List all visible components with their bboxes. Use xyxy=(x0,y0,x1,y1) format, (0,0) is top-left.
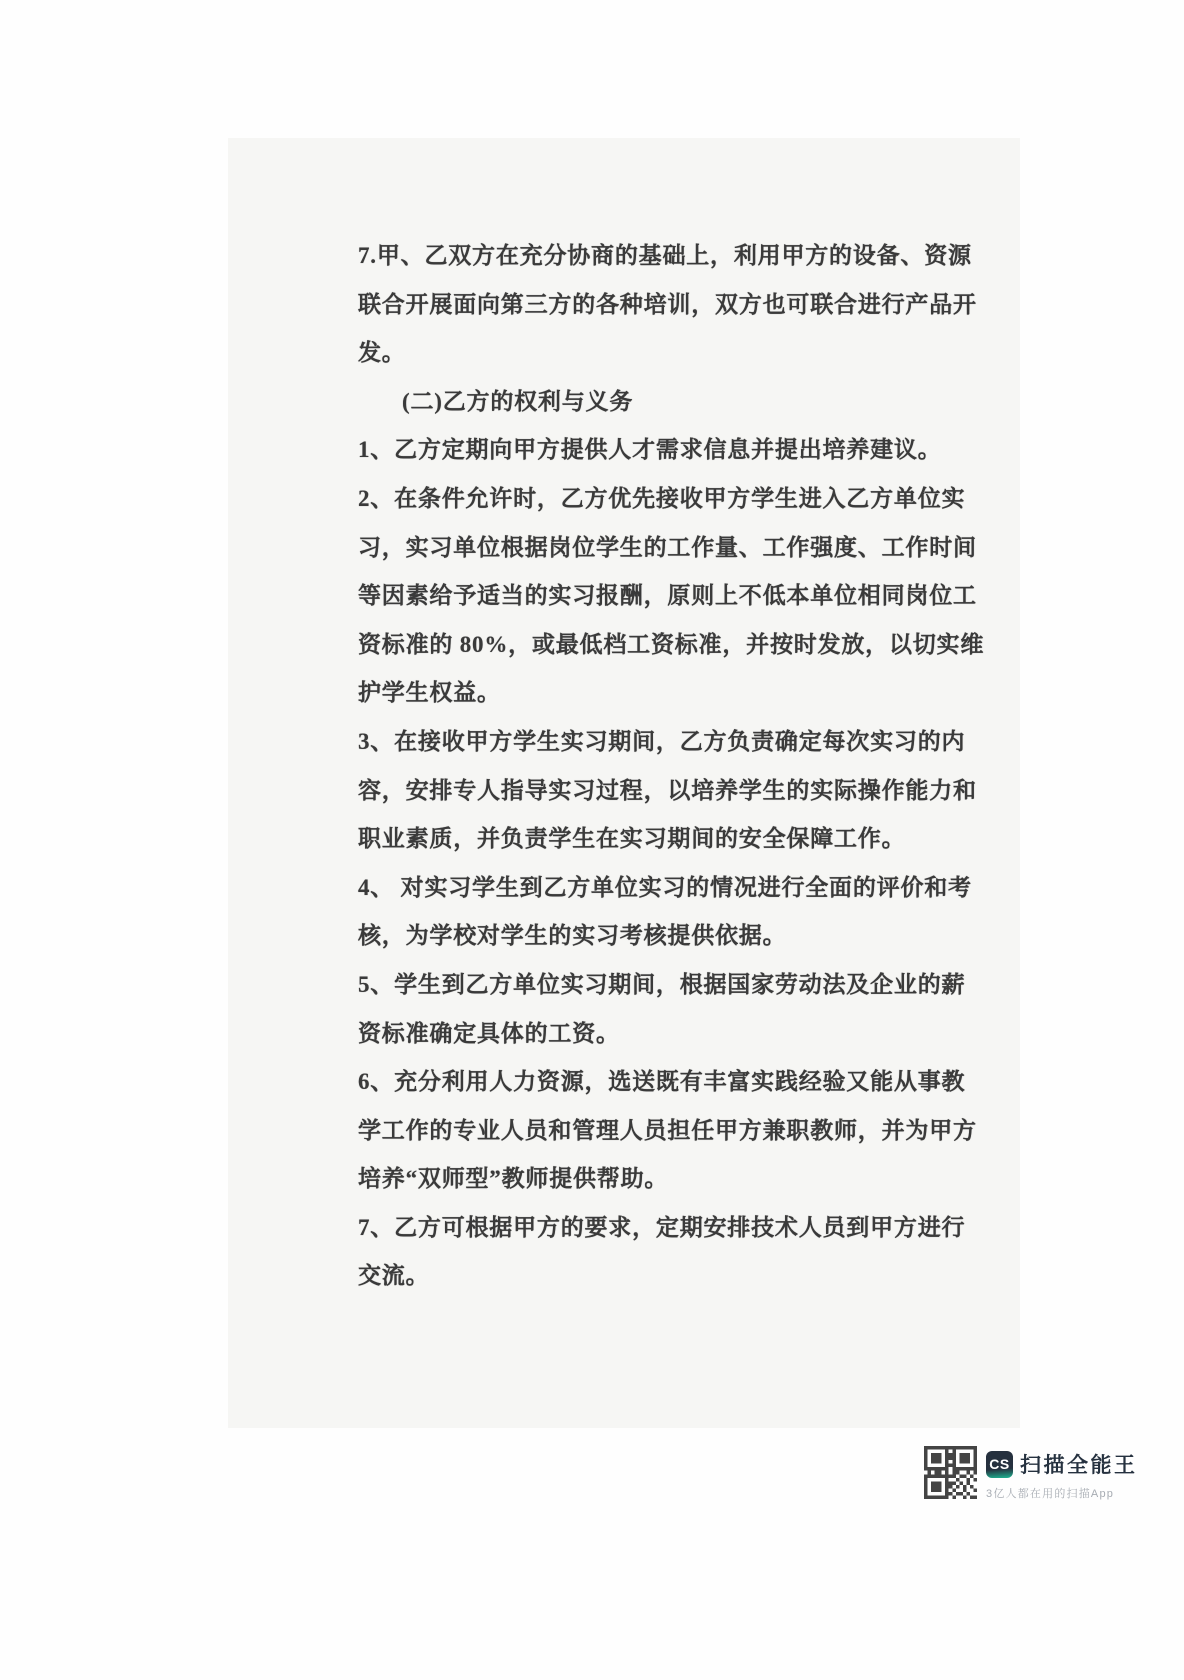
text-line: 联合开展面向第三方的各种培训，双方也可联合进行产品开 xyxy=(358,281,958,330)
text-line: 发。 xyxy=(358,329,958,378)
text-line: 职业素质，并负责学生在实习期间的安全保障工作。 xyxy=(358,815,958,864)
text-line: 3、在接收甲方学生实习期间，乙方负责确定每次实习的内 xyxy=(358,718,958,767)
text-line: 资标准的 80%，或最低档工资标准，并按时发放，以切实维 xyxy=(358,621,958,670)
text-line: 7.甲、乙双方在充分协商的基础上，利用甲方的设备、资源 xyxy=(358,232,958,281)
text-line: 学工作的专业人员和管理人员担任甲方兼职教师，并为甲方 xyxy=(358,1107,958,1156)
watermark-text-group: CS 扫描全能王 3亿人都在用的扫描App xyxy=(986,1446,1138,1501)
text-line: 交流。 xyxy=(358,1252,958,1301)
text-line: (二)乙方的权利与义务 xyxy=(358,378,958,427)
camscanner-logo-icon: CS xyxy=(986,1451,1013,1478)
camscanner-tagline: 3亿人都在用的扫描App xyxy=(986,1485,1138,1501)
text-line: 5、学生到乙方单位实习期间，根据国家劳动法及企业的薪 xyxy=(358,961,958,1010)
text-line: 7、乙方可根据甲方的要求，定期安排技术人员到甲方进行 xyxy=(358,1204,958,1253)
camscanner-logo-letters: CS xyxy=(989,1456,1009,1472)
text-line: 等因素给予适当的实习报酬，原则上不低本单位相同岗位工 xyxy=(358,572,958,621)
camscanner-app-name: 扫描全能王 xyxy=(1020,1449,1138,1479)
text-line: 护学生权益。 xyxy=(358,669,958,718)
text-line: 6、充分利用人力资源，选送既有丰富实践经验又能从事教 xyxy=(358,1058,958,1107)
text-line: 习，实习单位根据岗位学生的工作量、工作强度、工作时间 xyxy=(358,524,958,573)
camscanner-watermark: CS 扫描全能王 3亿人都在用的扫描App xyxy=(924,1446,1138,1502)
scanned-paper: 7.甲、乙双方在充分协商的基础上，利用甲方的设备、资源联合开展面向第三方的各种培… xyxy=(228,138,1020,1428)
text-line: 1、乙方定期向甲方提供人才需求信息并提出培养建议。 xyxy=(358,426,958,475)
contract-text-block: 7.甲、乙双方在充分协商的基础上，利用甲方的设备、资源联合开展面向第三方的各种培… xyxy=(358,232,958,1301)
text-line: 资标准确定具体的工资。 xyxy=(358,1010,958,1059)
text-line: 培养“双师型”教师提供帮助。 xyxy=(358,1155,958,1204)
text-line: 核，为学校对学生的实习考核提供依据。 xyxy=(358,912,958,961)
text-line: 4、 对实习学生到乙方单位实习的情况进行全面的评价和考 xyxy=(358,864,958,913)
text-line: 2、在条件允许时，乙方优先接收甲方学生进入乙方单位实 xyxy=(358,475,958,524)
text-line: 容，安排专人指导实习过程，以培养学生的实际操作能力和 xyxy=(358,767,958,816)
qr-code xyxy=(924,1446,977,1499)
